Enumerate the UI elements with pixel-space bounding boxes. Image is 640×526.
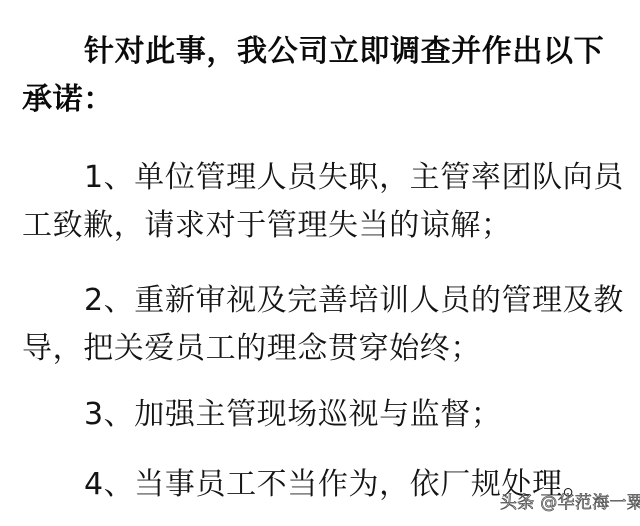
source-watermark: 头条 @华范海一粟 — [500, 488, 640, 513]
intro-paragraph: 针对此事，我公司立即调查并作出以下承诺： — [22, 28, 628, 124]
commitment-item-1: 1、单位管理人员失职，主管率团队向员工致歉，请求对于管理失当的谅解； — [22, 154, 628, 250]
document-body: 针对此事，我公司立即调查并作出以下承诺： 1、单位管理人员失职，主管率团队向员工… — [22, 28, 628, 509]
commitment-item-3: 3、加强主管现场巡视与监督； — [22, 391, 628, 439]
commitment-item-2: 2、重新审视及完善培训人员的管理及教导，把关爱员工的理念贯穿始终； — [22, 277, 628, 373]
